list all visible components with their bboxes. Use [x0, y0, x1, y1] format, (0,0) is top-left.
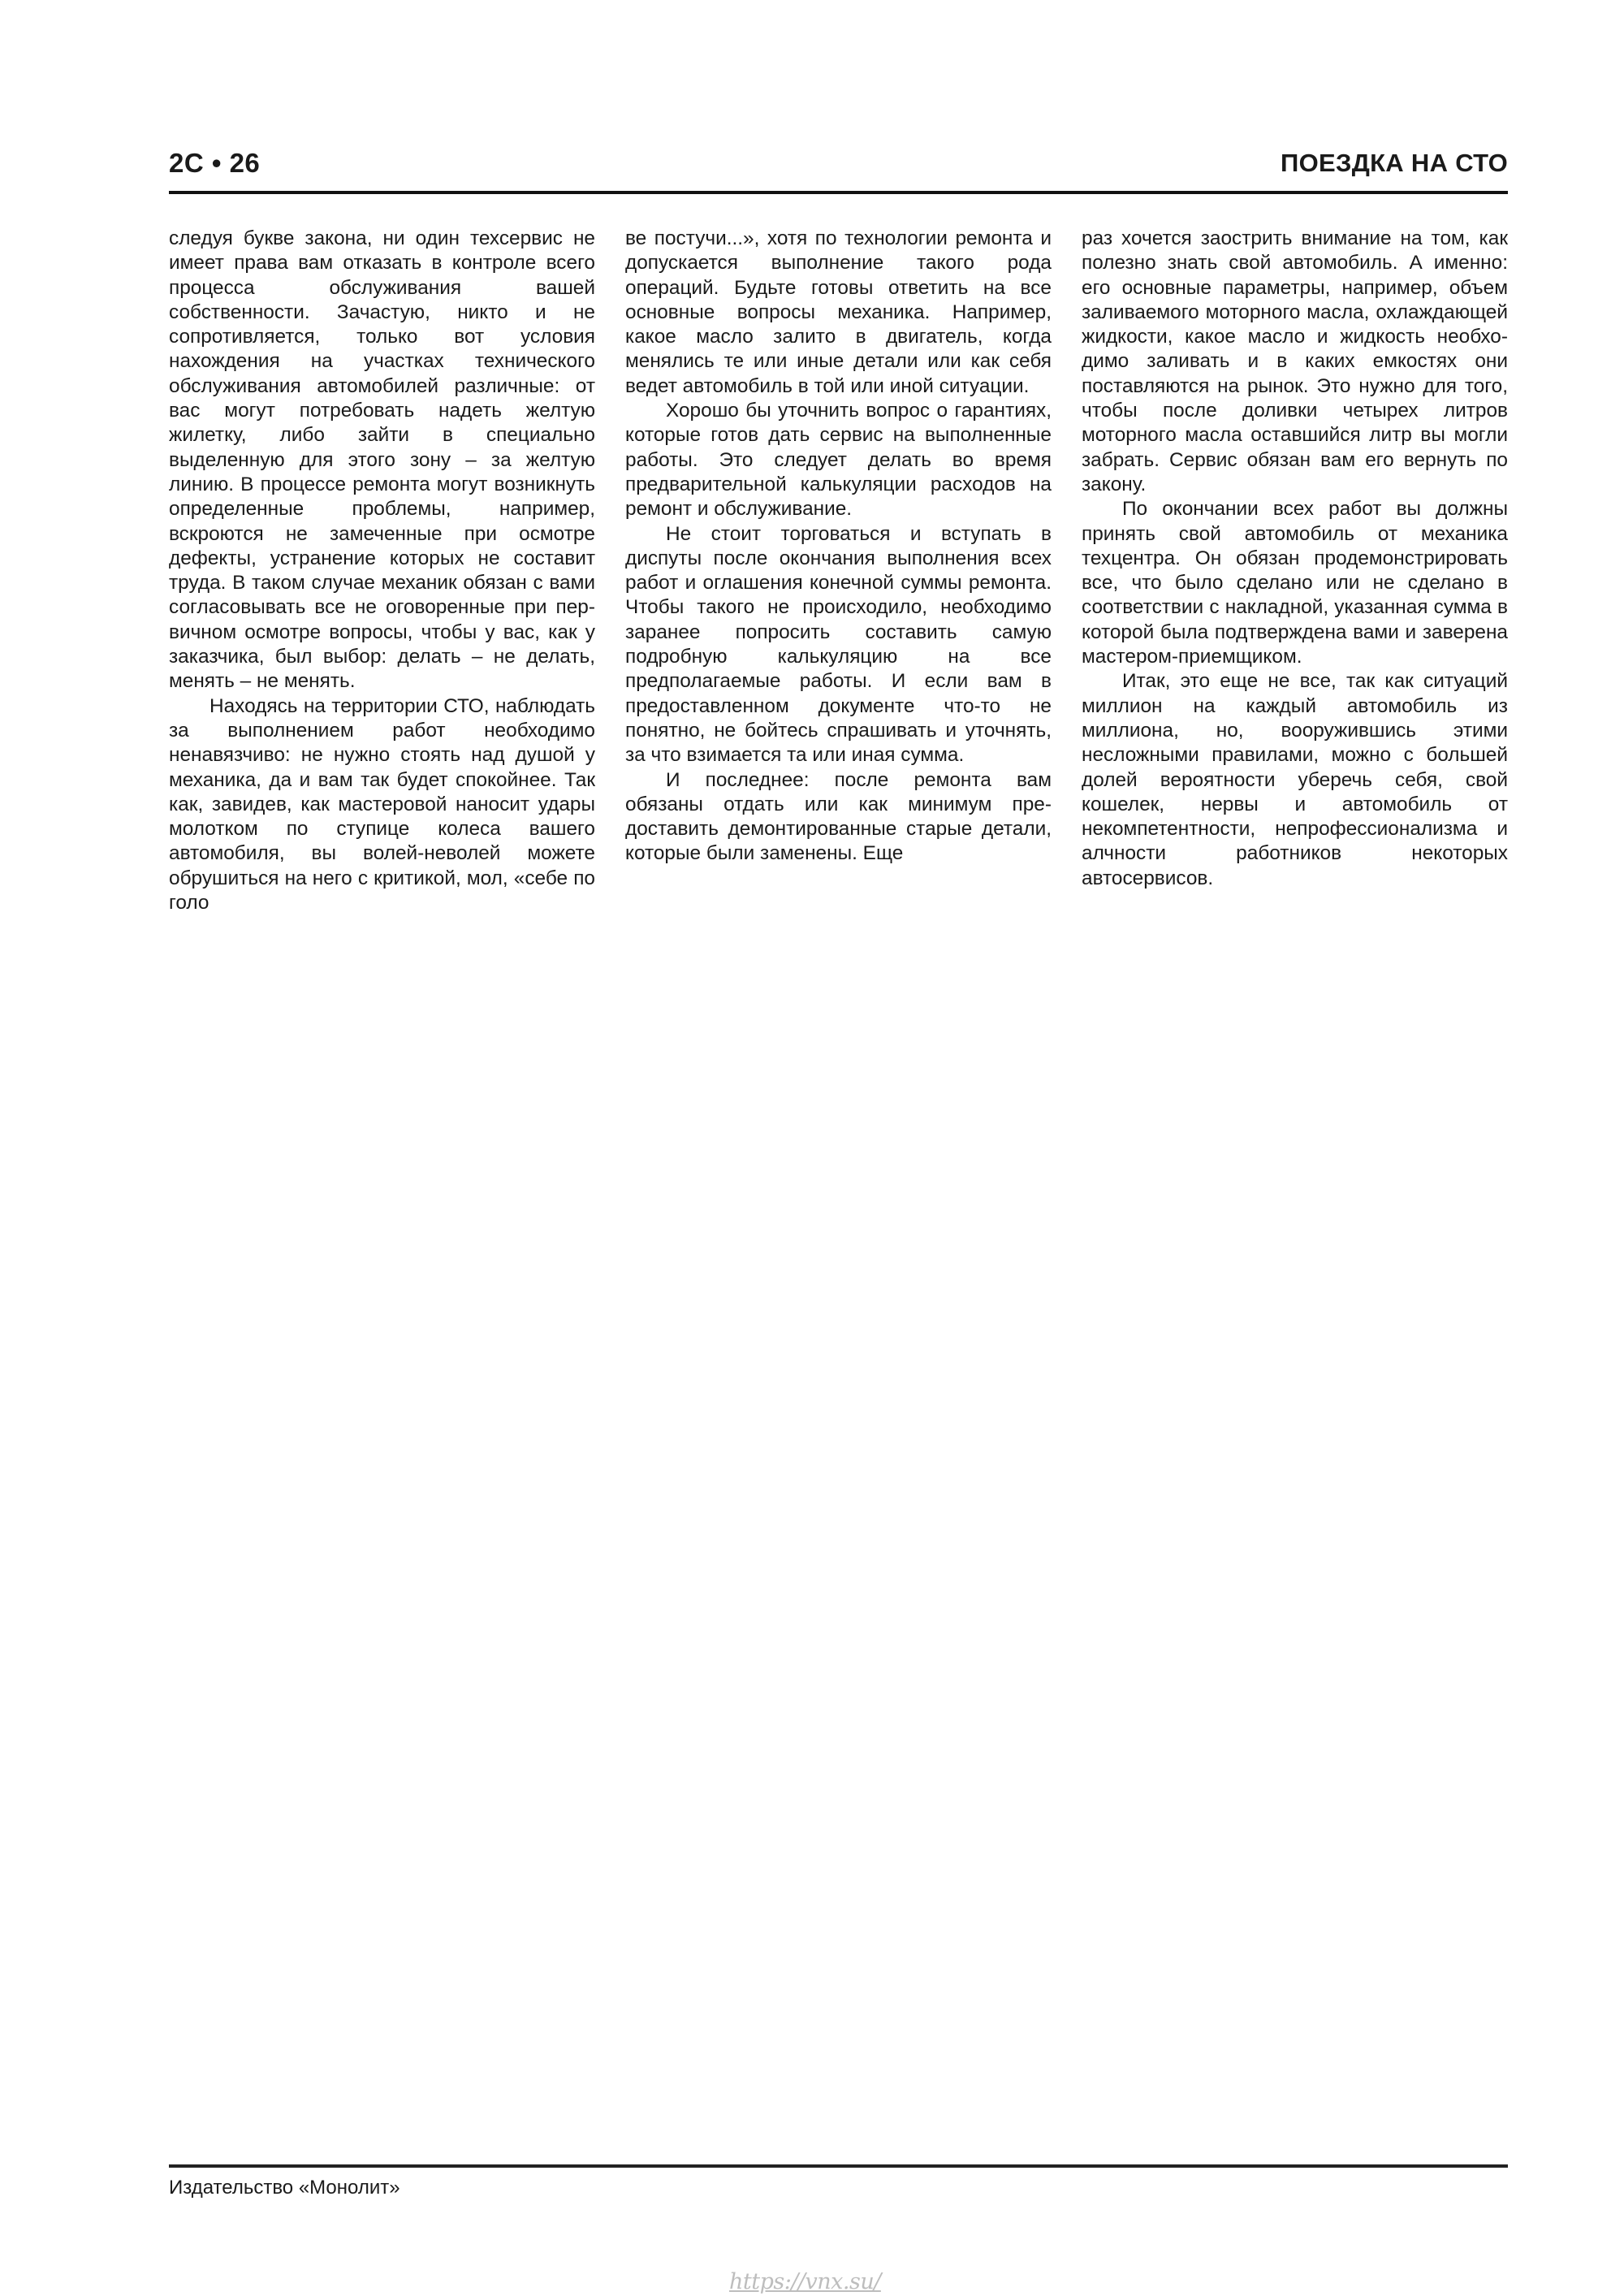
paragraph: И последнее: после ремонта вам обязаны о… — [625, 768, 1052, 867]
paragraph: ве постучи...», хотя по технологии ре­мо… — [625, 227, 1052, 399]
page-number: 2C • 26 — [169, 149, 260, 178]
paragraph: раз хочется заострить внимание на том, к… — [1082, 227, 1508, 497]
paragraph: Итак, это еще не все, так как ситу­аций … — [1082, 669, 1508, 891]
paragraph: следуя букве закона, ни один техсер­вис … — [169, 227, 595, 694]
paragraph: Хорошо бы уточнить вопрос о га­рантиях, … — [625, 399, 1052, 521]
paragraph: По окончании всех работ вы должны принят… — [1082, 497, 1508, 669]
column-1: следуя букве закона, ни один техсер­вис … — [169, 227, 595, 915]
paragraph: Находясь на территории СТО, на­блюдать з… — [169, 694, 595, 916]
column-3: раз хочется заострить внимание на том, к… — [1082, 227, 1508, 915]
column-2: ве постучи...», хотя по технологии ре­мо… — [625, 227, 1052, 915]
footer-divider — [169, 2164, 1508, 2168]
watermark-link[interactable]: https://vnx.su/ — [729, 2269, 881, 2294]
paragraph: Не стоит торговаться и вступать в диспут… — [625, 522, 1052, 768]
header-divider — [169, 191, 1508, 194]
section-title: ПОЕЗДКА НА СТО — [1281, 149, 1508, 178]
article-body: следуя букве закона, ни один техсер­вис … — [169, 227, 1508, 915]
publisher-name: Издательство «Монолит» — [169, 2176, 400, 2200]
